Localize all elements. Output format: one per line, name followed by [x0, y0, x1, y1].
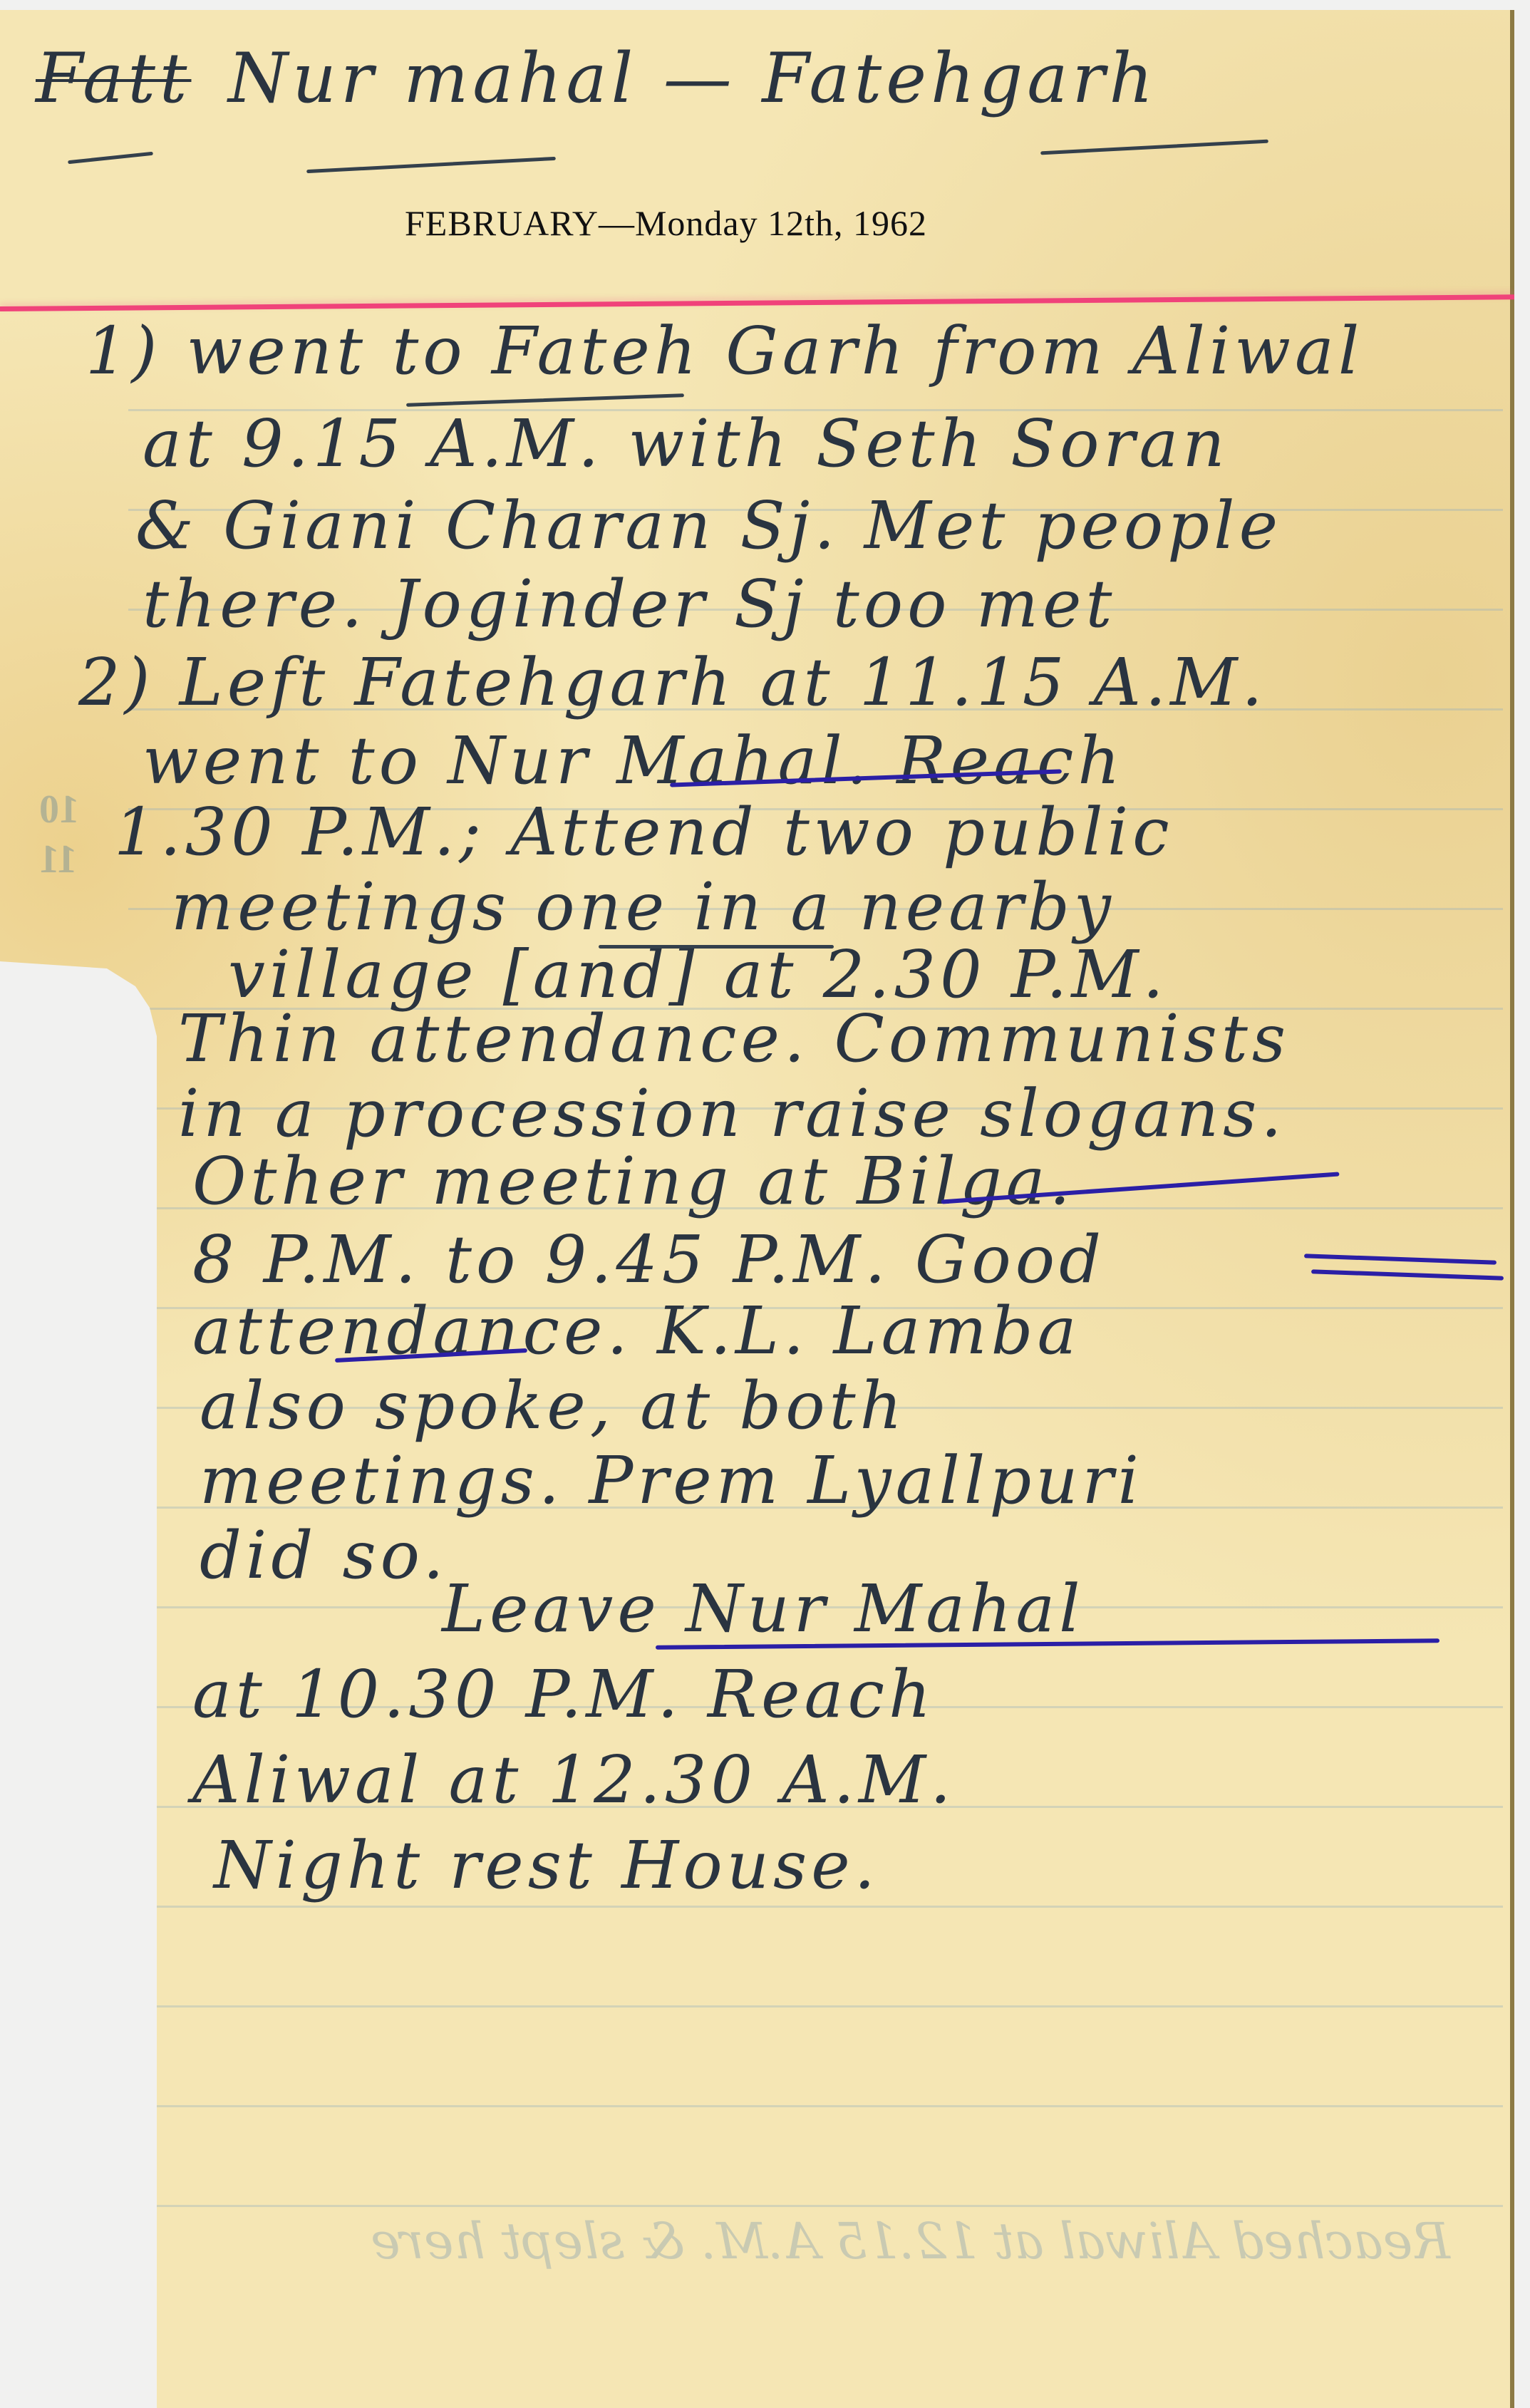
- entry-line: meetings one in a nearby: [171, 869, 1115, 945]
- entry-line: Leave Nur Mahal: [442, 1571, 1085, 1647]
- entry-line: at 9.15 A.M. with Seth Soran: [143, 405, 1229, 482]
- entry-line: Aliwal at 12.30 A.M.: [192, 1742, 955, 1818]
- strike-through-and: [599, 945, 834, 949]
- entry-line: Other meeting at Bilga.: [192, 1143, 1075, 1219]
- entry-line: Night rest House.: [214, 1827, 879, 1903]
- heading-title: Nur mahal — Fatehgarh: [228, 38, 1157, 118]
- heading-underline: [68, 152, 153, 165]
- blue-double-underline: [1304, 1254, 1497, 1264]
- entry-line: 2) Left Fatehgarh at 11.15 A.M.: [78, 644, 1267, 720]
- blue-double-underline: [1311, 1269, 1504, 1280]
- ruling-line: [128, 2105, 1503, 2107]
- printed-date: FEBRUARY—Monday 12th, 1962: [405, 202, 927, 244]
- margin-hour-show-through: 10: [39, 787, 79, 832]
- ruling-line: [128, 2005, 1503, 2007]
- entry-underline: [406, 393, 684, 407]
- entry-line: there. Joginder Sj too met: [143, 566, 1116, 642]
- diary-page: 10 11 Reached Aliwal at 12.15 A.M. & sle…: [0, 10, 1514, 2408]
- heading-struck-word: Fatt: [36, 38, 191, 118]
- entry-line: Thin attendance. Communists: [178, 1001, 1290, 1077]
- entry-line: at 10.30 P.M. Reach: [192, 1656, 935, 1732]
- ruling-line: [128, 2205, 1503, 2207]
- heading-underline: [1040, 140, 1268, 155]
- entry-line: 1) went to Fateh Garh from Aliwal: [86, 313, 1363, 389]
- entry-line: 1.30 P.M.; Attend two public: [114, 794, 1174, 870]
- header-rule: [0, 294, 1514, 311]
- entry-line: also spoke, at both: [200, 1368, 906, 1444]
- entry-line: did so.: [200, 1517, 448, 1593]
- entry-line: & Giani Charan Sj. Met people: [135, 487, 1282, 564]
- entry-line: attendance. K.L. Lamba: [192, 1293, 1080, 1369]
- show-through-text: Reached Aliwal at 12.15 A.M. & slept her…: [371, 2212, 1450, 2270]
- entry-line: 8 P.M. to 9.45 P.M. Good: [192, 1221, 1105, 1298]
- entry-line: meetings. Prem Lyallpuri: [200, 1442, 1143, 1519]
- entry-line: went to Nur Mahal. Reach: [143, 723, 1125, 799]
- margin-hour-show-through: 11: [39, 837, 77, 882]
- heading-underline: [306, 157, 556, 173]
- ruling-line: [128, 1906, 1503, 1908]
- entry-line: in a procession raise slogans.: [178, 1075, 1286, 1152]
